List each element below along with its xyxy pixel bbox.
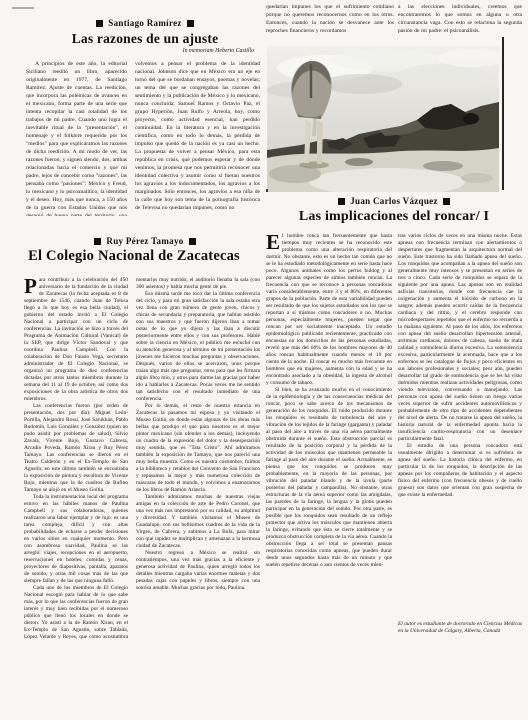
article2-dropcap: P	[24, 277, 39, 295]
article1-dedication: In memoriam Heberto Castillo	[28, 48, 254, 54]
photo-caption-mark	[266, 189, 268, 192]
article3-author-note: El autor es estudiante de doctorado en C…	[398, 621, 522, 635]
article3-column-1-text: l hombre ronca tan frecuentemente que ha…	[266, 233, 392, 569]
article1-column-2: volvemos a pensar el problema de la iden…	[135, 60, 260, 216]
article3-author: Juan Carlos Vázquez	[350, 196, 438, 206]
article1-column-3: quedarían impunes los que el sufrimiento…	[266, 3, 394, 41]
landscape-photo	[267, 46, 499, 192]
square-icon	[96, 20, 103, 27]
article3-column-2: tras varios ciclos de veces en una misma…	[398, 233, 522, 614]
landscape-photo-art	[267, 46, 499, 192]
article1-author: Santiago Ramírez	[108, 18, 181, 28]
article3-title: Las implicaciones del roncar/ I	[264, 209, 524, 225]
article2-column-2: mentarios muy nutrido; el auditorio llen…	[136, 277, 260, 648]
square-icon	[94, 238, 101, 245]
article2-column-1-text: ara contribuir a la celebración del 450 …	[24, 277, 128, 640]
square-icon	[443, 198, 450, 205]
article3-author-header: Juan Carlos Vázquez	[264, 196, 524, 206]
article1-author-header: Santiago Ramírez	[28, 18, 262, 28]
photo-foreground	[267, 148, 499, 192]
article2-title: El Colegio Nacional de Zacatecas	[8, 248, 260, 265]
scan-artifact	[12, 7, 34, 9]
article1-title: Las razones de un ajuste	[28, 31, 262, 47]
newspaper-page: Santiago Ramírez Las razones de un ajust…	[0, 0, 528, 720]
square-icon	[187, 20, 194, 27]
photo-vertical-rule	[502, 37, 504, 190]
square-icon	[189, 238, 196, 245]
article2-column-1: P ara contribuir a la celebración del 45…	[24, 277, 128, 640]
article2-author: Ruy Pérez Tamayo	[106, 236, 183, 246]
article3-dropcap: E	[266, 233, 282, 251]
square-icon	[338, 198, 345, 205]
article1-column-1: A principios de este año, la editorial S…	[26, 60, 127, 216]
article3-column-1: E l hombre ronca tan frecuentemente que …	[266, 233, 392, 712]
article2-author-header: Ruy Pérez Tamayo	[28, 236, 262, 246]
